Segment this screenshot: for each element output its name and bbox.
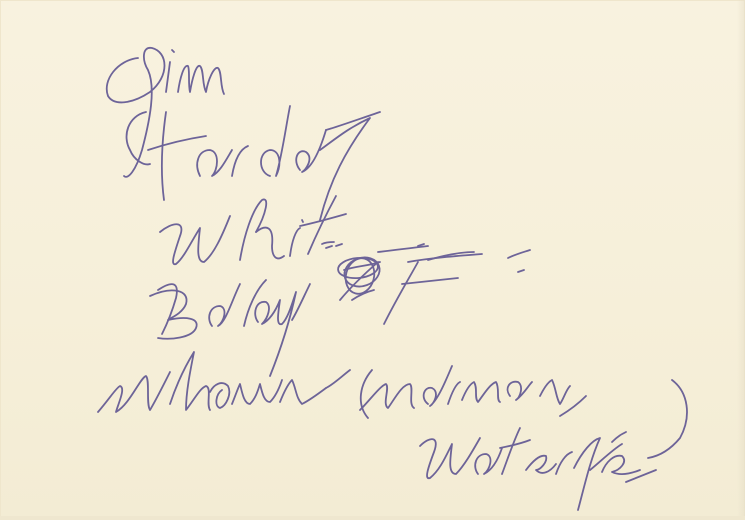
ink-whit xyxy=(160,196,346,264)
ink-unknown xyxy=(98,352,350,412)
ink-madman xyxy=(360,366,687,458)
ink-scribbled-o xyxy=(337,253,383,300)
note-card: Jim Hardy Whit Baby "O'F" unknown (madma… xyxy=(0,0,745,520)
handwriting-ink xyxy=(0,0,745,520)
ink-f xyxy=(384,254,482,324)
ink-waterhype xyxy=(420,428,656,510)
ink-hardy xyxy=(127,106,380,220)
ink-baby xyxy=(150,280,310,376)
